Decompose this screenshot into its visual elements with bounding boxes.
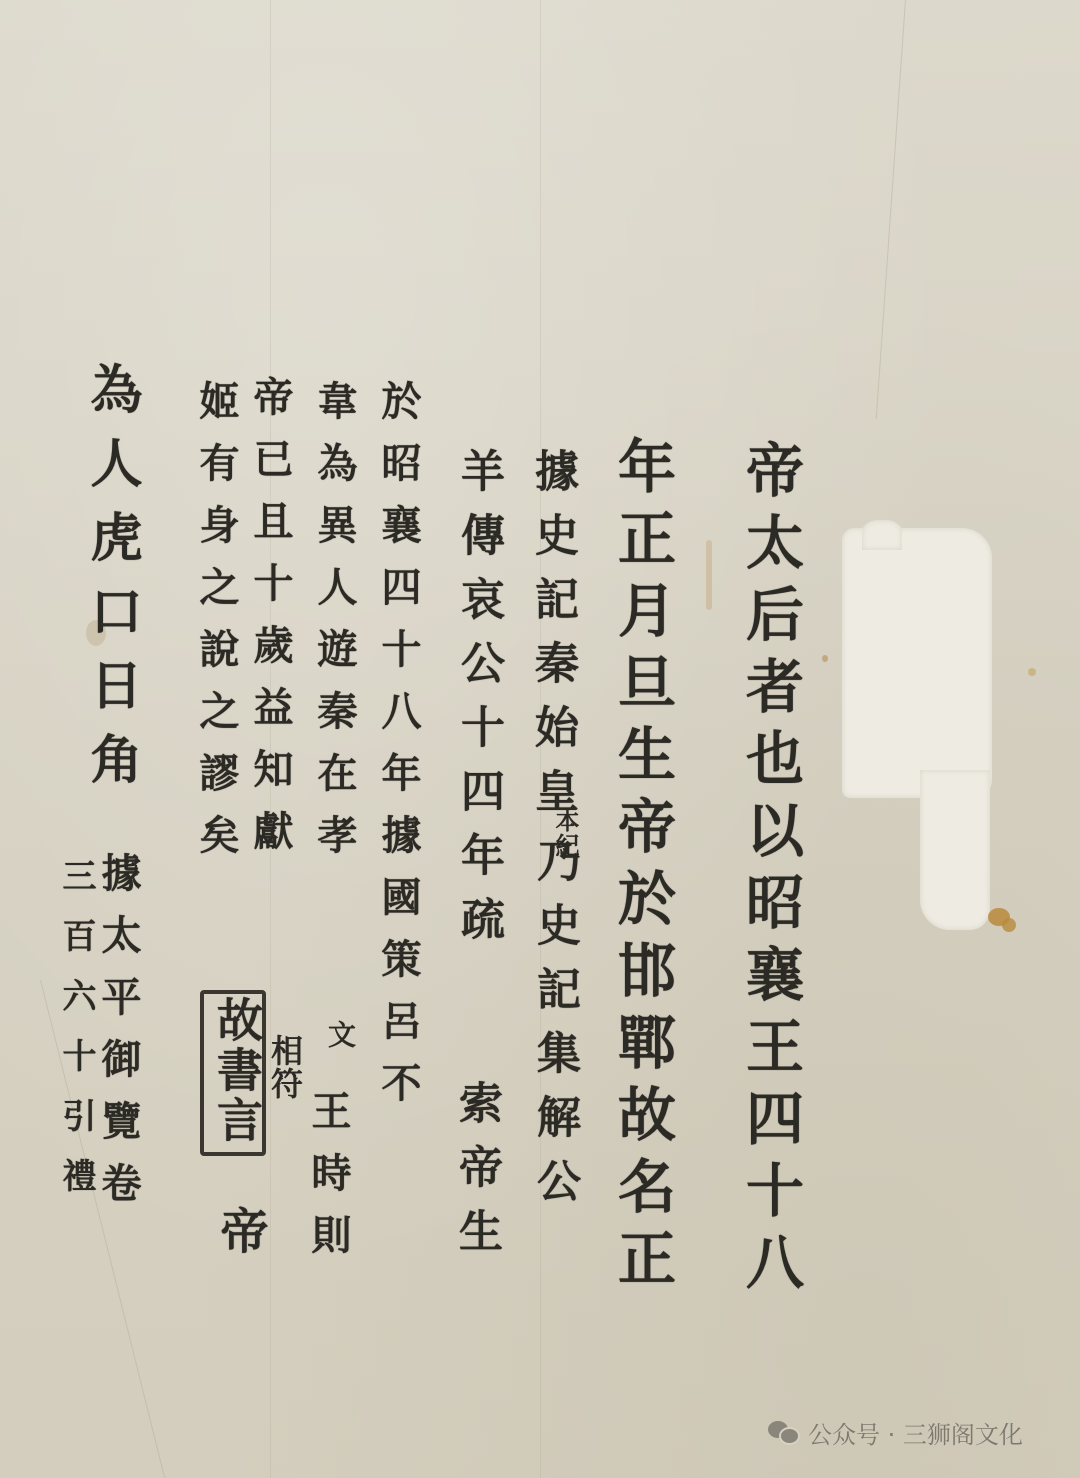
text-column-9: 為人虎口日角 xyxy=(74,362,149,806)
foxing-spots xyxy=(706,540,712,610)
rust-stain xyxy=(1002,918,1016,932)
paper-loss-patch xyxy=(920,770,990,930)
watermark-text: 公众号 · 三狮阁文化 xyxy=(808,1415,1023,1450)
paper-crease xyxy=(876,0,906,419)
text-column-6: 韋為異人遊秦在孝 xyxy=(306,380,363,876)
text-column-2: 年正月旦生帝於邯鄲故名正 xyxy=(600,436,684,1300)
text-column-4-continued: 索帝生 xyxy=(444,1080,508,1272)
text-column-7: 帝已且十歲益知獻 xyxy=(242,376,299,872)
annotation-wen: 文 xyxy=(320,1020,360,1049)
annotation-xiangfu: 相符 xyxy=(262,1034,308,1100)
text-column-8: 姬有身之說之謬矣 xyxy=(188,380,245,876)
wechat-icon xyxy=(768,1419,798,1445)
text-column-1: 帝太后者也以昭襄王四十八 xyxy=(728,440,812,1304)
text-column-3-continued: 乃史記集解公 xyxy=(522,838,586,1222)
text-column-11: 三百六十引禮 xyxy=(52,858,101,1218)
watermark: 公众号 · 三狮阁文化 xyxy=(768,1414,1023,1450)
text-column-3: 據史記秦始皇 xyxy=(520,448,584,832)
text-column-6-continued: 王時則 xyxy=(300,1090,357,1276)
text-column-5: 於昭襄四十八年據國策呂不 xyxy=(370,380,427,1124)
paper-loss-patch xyxy=(862,520,902,550)
manuscript-page: 帝太后者也以昭襄王四十八 年正月旦生帝於邯鄲故名正 據史記秦始皇 本紀 乃史記集… xyxy=(0,0,1080,1478)
text-column-4: 羊傳哀公十四年疏 xyxy=(446,448,510,960)
paper-loss-patch xyxy=(842,528,992,798)
rust-stain xyxy=(1028,668,1036,676)
boxed-insertion-text: 故書言 xyxy=(204,996,270,1146)
rust-stain xyxy=(822,655,828,662)
text-column-7-end: 帝 xyxy=(206,1206,275,1268)
